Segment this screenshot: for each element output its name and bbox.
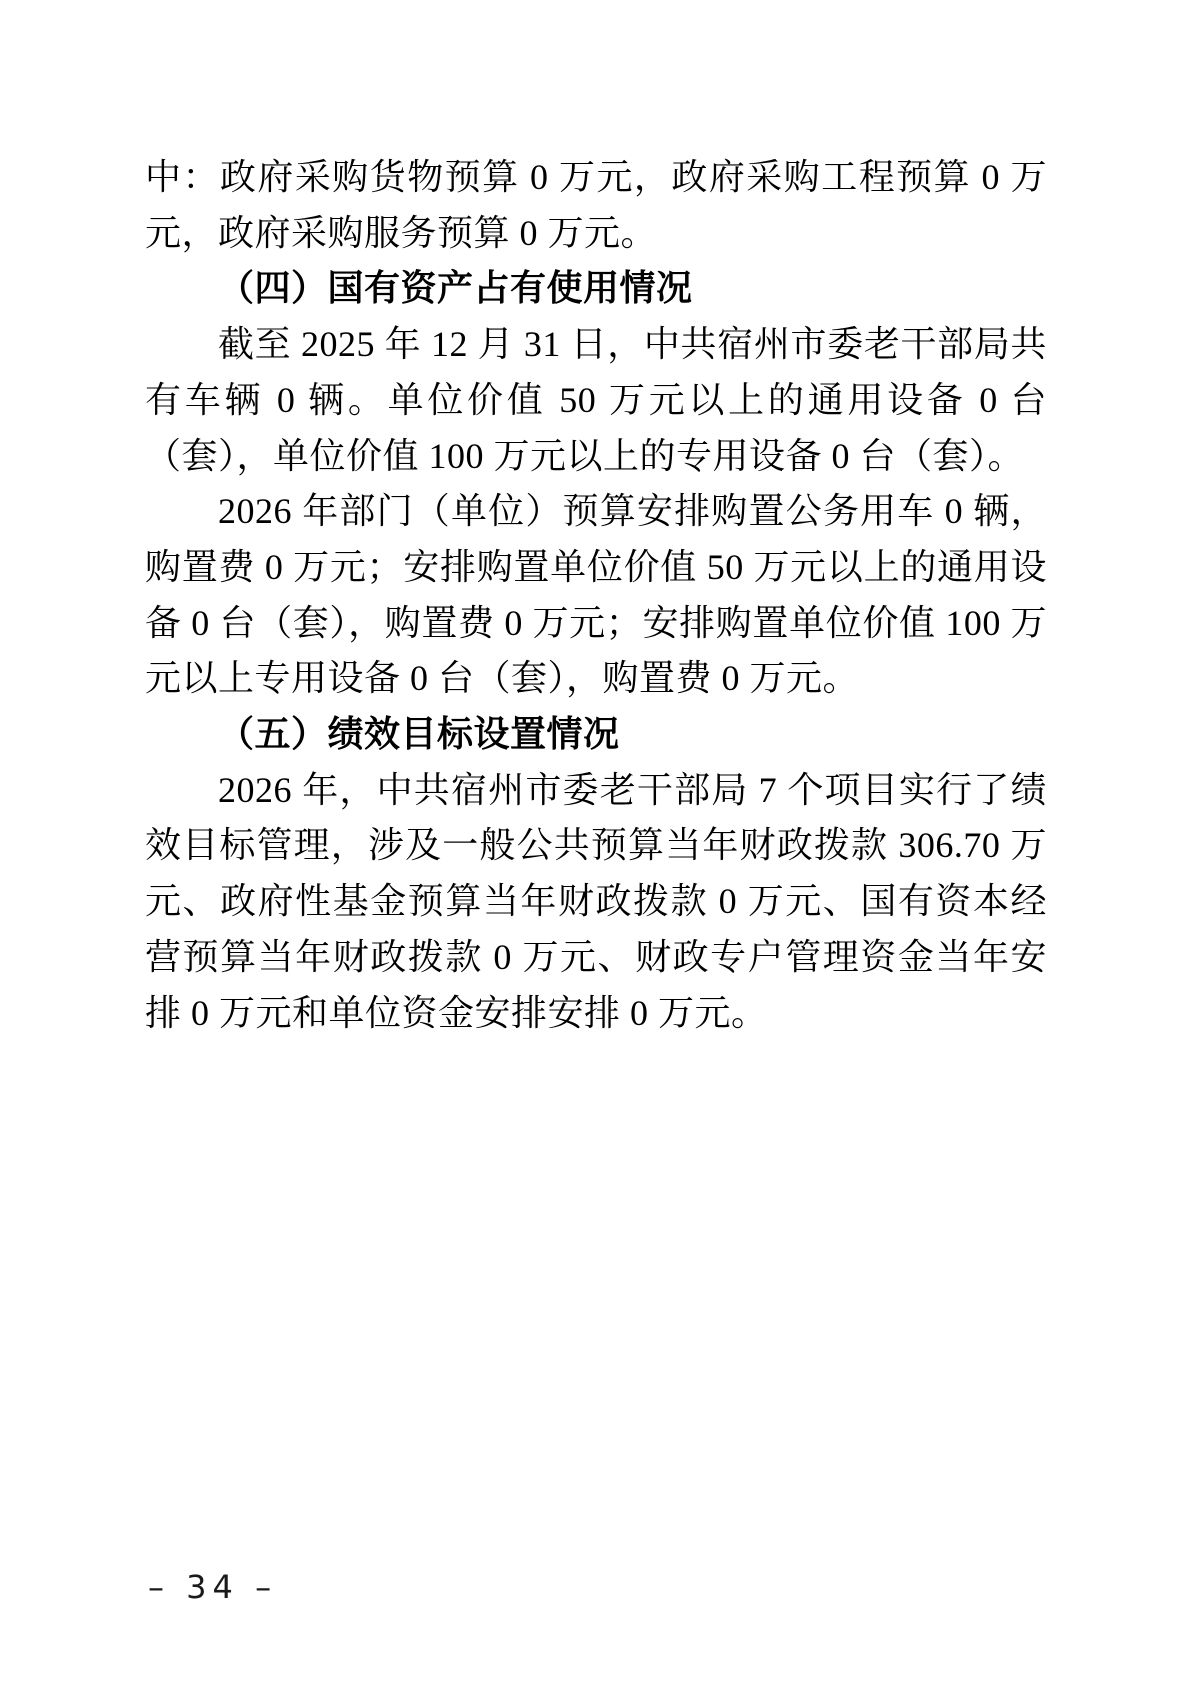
page-number: – 34 – bbox=[148, 1568, 277, 1606]
document-body: 中：政府采购货物预算 0 万元，政府采购工程预算 0 万元，政府采购服务预算 0… bbox=[145, 150, 1047, 1041]
section-heading-5-performance-targets: （五）绩效目标设置情况 bbox=[145, 707, 1047, 763]
paragraph-performance-targets: 2026 年，中共宿州市委老干部局 7 个项目实行了绩效目标管理，涉及一般公共预… bbox=[145, 763, 1047, 1042]
paragraph-procurement-continuation: 中：政府采购货物预算 0 万元，政府采购工程预算 0 万元，政府采购服务预算 0… bbox=[145, 150, 1047, 261]
section-heading-4-state-assets: （四）国有资产占有使用情况 bbox=[145, 261, 1047, 317]
document-page: 中：政府采购货物预算 0 万元，政府采购工程预算 0 万元，政府采购服务预算 0… bbox=[0, 0, 1190, 1683]
paragraph-state-assets-2026-plan: 2026 年部门（单位）预算安排购置公务用车 0 辆，购置费 0 万元；安排购置… bbox=[145, 484, 1047, 707]
paragraph-state-assets-current: 截至 2025 年 12 月 31 日，中共宿州市委老干部局共有车辆 0 辆。单… bbox=[145, 317, 1047, 484]
